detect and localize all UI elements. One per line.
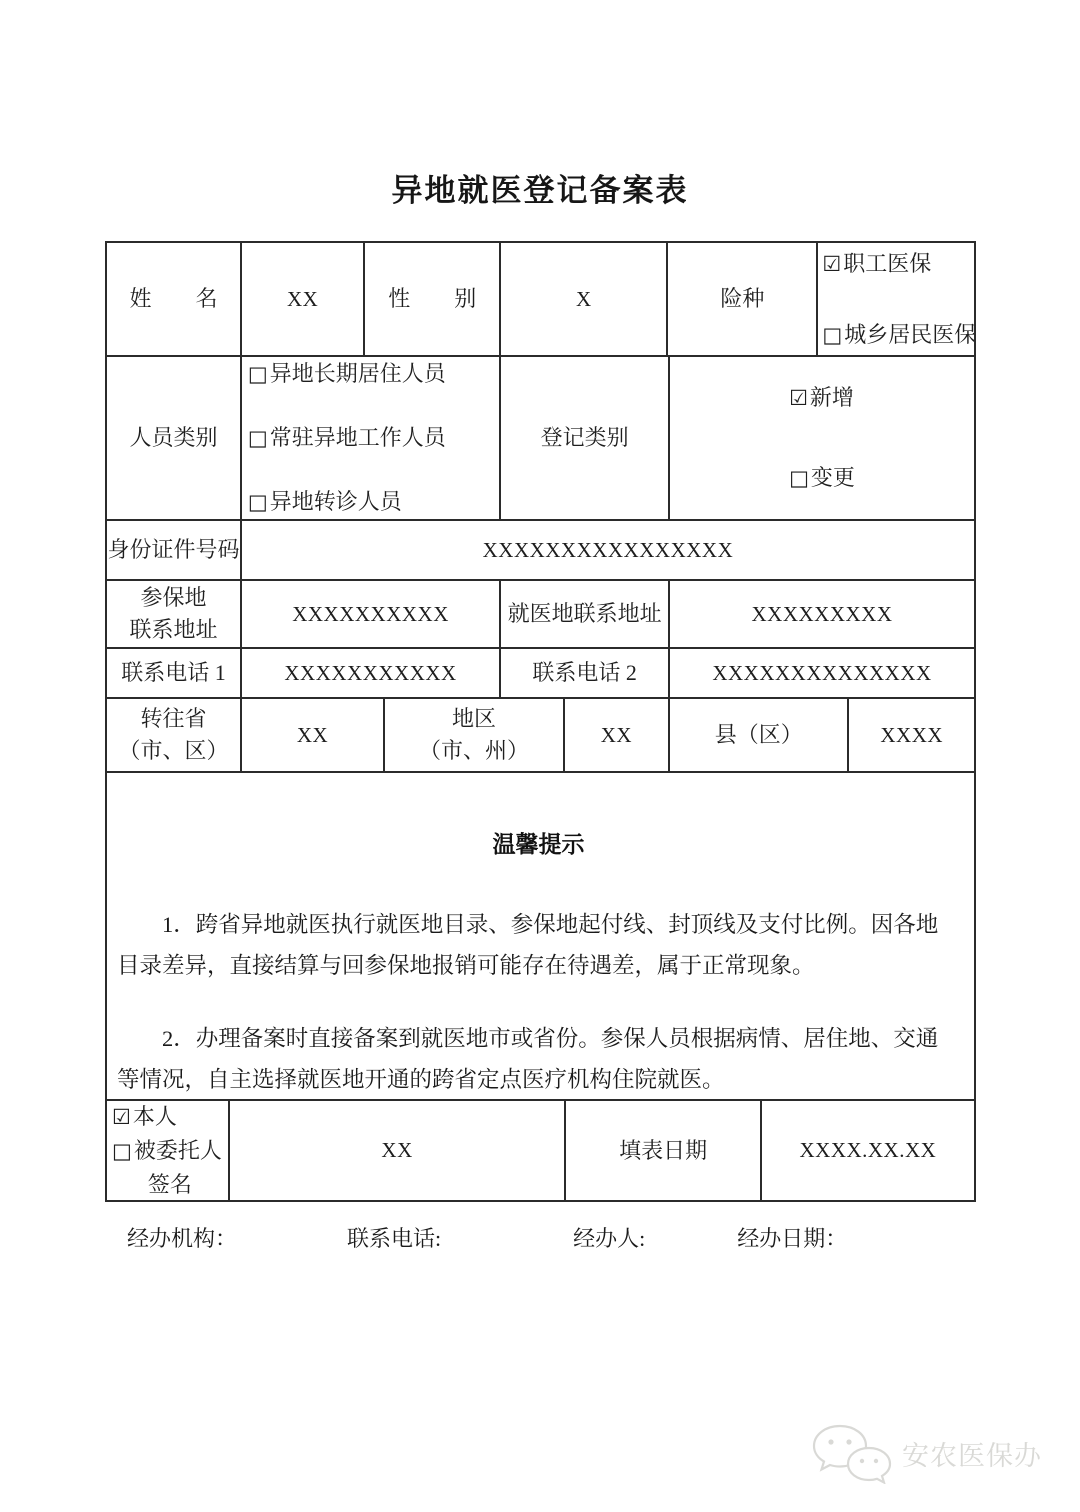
checkbox-label: 新增 <box>810 385 854 410</box>
id-number-label: 身份证件号码 <box>107 521 242 579</box>
table-row-category: 人员类别 ☑异地安置退休人员 □异地长期居住人员 □常驻异地工作人员 □异地转诊… <box>107 357 974 521</box>
checkbox-option-self: ☑本人 <box>112 1101 177 1134</box>
destination-province-label: 转往省 （市、区） <box>107 699 242 771</box>
name-value: XX <box>242 243 365 355</box>
checkbox-unchecked-icon[interactable]: □ <box>789 466 809 490</box>
insured-address-label: 参保地 联系地址 <box>107 581 242 647</box>
insured-address-value: XXXXXXXXXX <box>242 581 501 647</box>
checkbox-unchecked-icon[interactable]: □ <box>248 426 268 450</box>
checkbox-label: 异地长期居住人员 <box>270 361 446 386</box>
phone2-value: XXXXXXXXXXXXXX <box>670 649 974 697</box>
checkbox-option-new: ☑新增 <box>789 378 855 418</box>
table-row-notice: 温馨提示 1．跨省异地就医执行就医地目录、参保地起付线、封顶线及支付比例。因各地… <box>107 773 974 1101</box>
page-title: 异地就医登记备案表 <box>0 0 1080 210</box>
checkbox-checked-icon[interactable]: ☑ <box>112 1105 131 1129</box>
register-category-options: ☑新增 □变更 <box>670 357 974 519</box>
signature-value: XX <box>230 1101 567 1200</box>
agency-phone-label: 联系电话: <box>347 1222 441 1253</box>
agency-label: 经办机构： <box>127 1222 237 1253</box>
table-row-name-gender-insurance: 姓 名 XX 性 别 X 险种 ☑职工医保 □城乡居民医保 <box>107 243 974 357</box>
insurance-type-options: ☑职工医保 □城乡居民医保 <box>818 243 974 355</box>
gender-label: 性 别 <box>365 243 501 355</box>
checkbox-checked-icon[interactable]: ☑ <box>822 252 841 276</box>
treatment-address-value: XXXXXXXXX <box>670 581 974 647</box>
table-row-phones: 联系电话 1 XXXXXXXXXXX 联系电话 2 XXXXXXXXXXXXXX <box>107 649 974 699</box>
checkbox-label: 异地转诊人员 <box>270 489 402 514</box>
insurance-type-label: 险种 <box>668 243 818 355</box>
checkbox-label: 变更 <box>811 465 855 490</box>
checkbox-label: 被委托人 <box>134 1138 222 1163</box>
checkbox-label: 城乡居民医保 <box>844 322 974 347</box>
destination-county-value: XXXX <box>849 699 974 771</box>
checkbox-checked-icon[interactable]: ☑ <box>789 386 808 410</box>
id-number-value: XXXXXXXXXXXXXXXX <box>242 521 974 579</box>
register-category-label: 登记类别 <box>501 357 670 519</box>
checkbox-label: 职工医保 <box>843 251 931 276</box>
phone1-label: 联系电话 1 <box>107 649 242 697</box>
treatment-address-label: 就医地联系地址 <box>501 581 670 647</box>
destination-region-label: 地区 （市、州） <box>385 699 565 771</box>
personnel-category-options: ☑异地安置退休人员 □异地长期居住人员 □常驻异地工作人员 □异地转诊人员 □其… <box>242 357 501 519</box>
checkbox-option-resident-insurance: □城乡居民医保 <box>822 317 974 353</box>
watermark: 安农医保办 <box>810 1422 1042 1484</box>
phone2-label: 联系电话 2 <box>501 649 670 697</box>
registration-form-table: 姓 名 XX 性 别 X 险种 ☑职工医保 □城乡居民医保 人员类别 ☑异地安置… <box>105 241 976 1202</box>
checkbox-unchecked-icon[interactable]: □ <box>248 362 268 386</box>
checkbox-label: 常驻异地工作人员 <box>270 425 446 450</box>
fill-date-value: XXXX.XX.XX <box>762 1101 974 1200</box>
destination-region-value: XX <box>565 699 670 771</box>
signer-label-cell: ☑本人 □被委托人 签名 <box>107 1101 230 1200</box>
checkbox-option-change: □变更 <box>789 458 855 498</box>
notice-section: 温馨提示 1．跨省异地就医执行就医地目录、参保地起付线、封顶线及支付比例。因各地… <box>107 773 974 1099</box>
table-row-addresses: 参保地 联系地址 XXXXXXXXXX 就医地联系地址 XXXXXXXXX <box>107 581 974 649</box>
table-row-id-number: 身份证件号码 XXXXXXXXXXXXXXXX <box>107 521 974 581</box>
table-row-signature: ☑本人 □被委托人 签名 XX 填表日期 XXXX.XX.XX <box>107 1101 974 1200</box>
checkbox-unchecked-icon[interactable]: □ <box>822 323 842 347</box>
checkbox-label: 本人 <box>133 1104 177 1129</box>
name-label: 姓 名 <box>107 243 242 355</box>
notice-item-2: 2．办理备案时直接备案到就医地市或省份。参保人员根据病情、居住地、交通等情况，自… <box>117 1018 960 1099</box>
wechat-icon <box>810 1422 894 1484</box>
notice-heading: 温馨提示 <box>117 829 960 862</box>
checkbox-unchecked-icon[interactable]: □ <box>112 1139 132 1163</box>
handling-date-label: 经办日期： <box>737 1222 847 1253</box>
watermark-text: 安农医保办 <box>902 1434 1042 1473</box>
checkbox-option-stationed-worker: □常驻异地工作人员 <box>248 422 446 454</box>
handling-footer: 经办机构： 联系电话: 经办人: 经办日期： <box>127 1222 847 1253</box>
notice-item-1: 1．跨省异地就医执行就医地目录、参保地起付线、封顶线及支付比例。因各地目录差异，… <box>117 904 960 986</box>
checkbox-option-delegate: □被委托人 <box>112 1134 222 1168</box>
operator-label: 经办人: <box>573 1222 645 1253</box>
gender-value: X <box>501 243 668 355</box>
checkbox-option-employee-insurance: ☑职工医保 <box>822 246 974 282</box>
fill-date-label: 填表日期 <box>566 1101 761 1200</box>
signature-suffix-label: 签名 <box>112 1168 228 1200</box>
checkbox-option-longterm-resident: □异地长期居住人员 <box>248 358 446 390</box>
table-row-destination: 转往省 （市、区） XX 地区 （市、州） XX 县（区） XXXX <box>107 699 974 773</box>
phone1-value: XXXXXXXXXXX <box>242 649 501 697</box>
checkbox-unchecked-icon[interactable]: □ <box>248 490 268 514</box>
personnel-category-label: 人员类别 <box>107 357 242 519</box>
destination-province-value: XX <box>242 699 385 771</box>
destination-county-label: 县（区） <box>670 699 850 771</box>
checkbox-option-referral-patient: □异地转诊人员 <box>248 486 446 518</box>
